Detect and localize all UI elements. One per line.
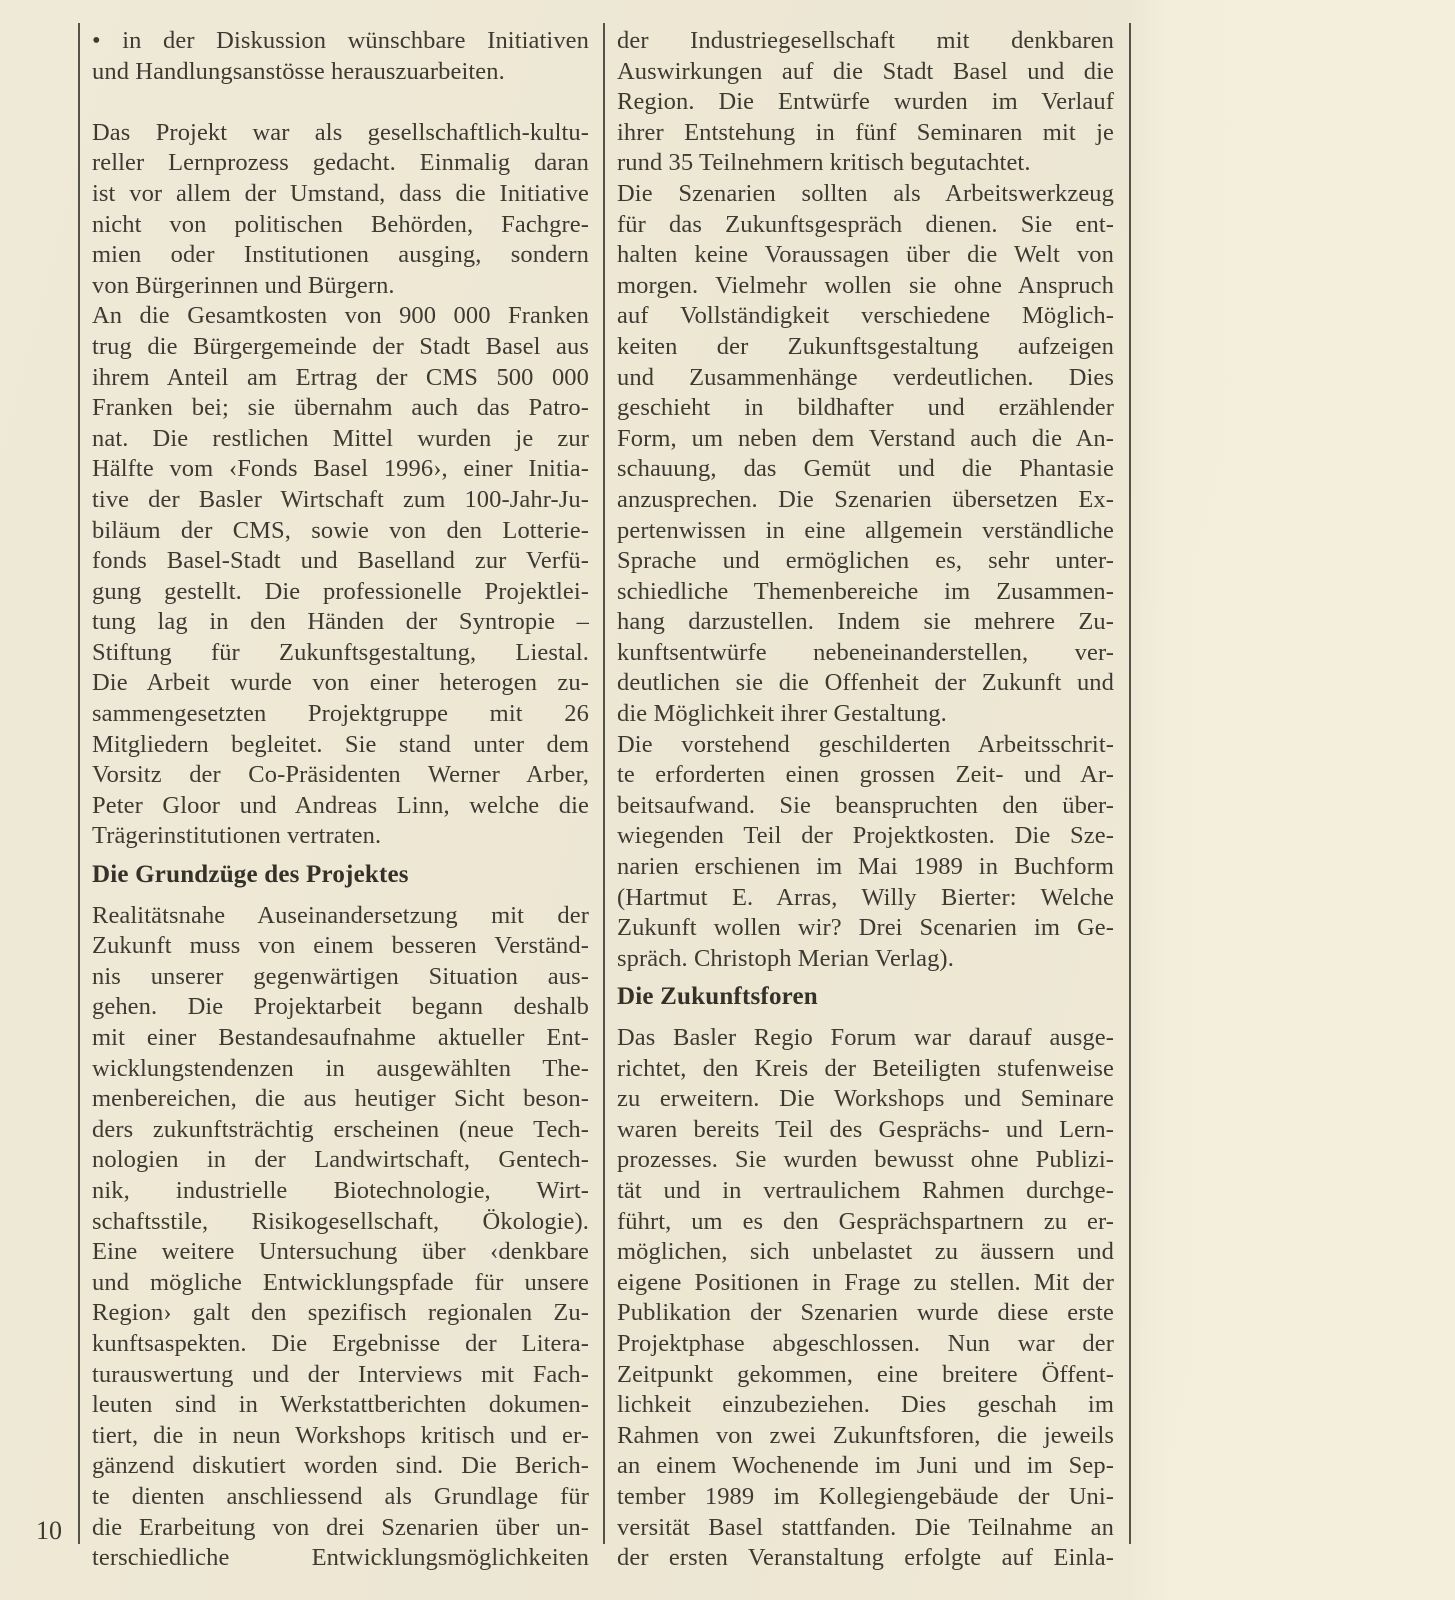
text-line: kunftsaspekten. Die Ergebnisse der Liter… <box>92 1329 589 1360</box>
text-line: gänzend diskutiert worden sind. Die Beri… <box>92 1451 589 1482</box>
text-line: Eine weitere Untersuchung über ‹denkbare <box>92 1237 589 1268</box>
text-line: morgen. Vielmehr wollen sie ohne Anspruc… <box>617 271 1114 302</box>
text-line: tiert, die in neun Workshops kritisch un… <box>92 1421 589 1452</box>
right-column: der Industriegesellschaft mit denkbarenA… <box>617 26 1114 1574</box>
text-line: An die Gesamtkosten von 900 000 Franken <box>92 301 589 332</box>
text-line: biläum der CMS, sowie von den Lotterie- <box>92 516 589 547</box>
paragraph: Die vorstehend geschilderten Arbeitsschr… <box>617 730 1114 975</box>
page-container: • in der Diskussion wünschbare Initiativ… <box>0 0 1455 1600</box>
section-heading: Die Grundzüge des Projektes <box>92 860 589 891</box>
text-line: spräch. Christoph Merian Verlag). <box>617 944 1114 975</box>
left-column: • in der Diskussion wünschbare Initiativ… <box>92 26 589 1574</box>
text-line: narien erschienen im Mai 1989 in Buchfor… <box>617 852 1114 883</box>
text-line: ist vor allem der Umstand, dass die Init… <box>92 179 589 210</box>
text-line: schauung, das Gemüt und die Phantasie <box>617 454 1114 485</box>
text-line: nis unserer gegenwärtigen Situation aus- <box>92 962 589 993</box>
text-line: versität Basel stattfanden. Die Teilnahm… <box>617 1513 1114 1544</box>
text-line: tät und in vertraulichem Rahmen durchge- <box>617 1176 1114 1207</box>
text-line: von Bürgerinnen und Bürgern. <box>92 271 589 302</box>
text-line: hang darzustellen. Indem sie mehrere Zu- <box>617 607 1114 638</box>
text-line: menbereichen, die aus heutiger Sicht bes… <box>92 1084 589 1115</box>
paragraph: Die Szenarien sollten als Arbeitswerkzeu… <box>617 179 1114 730</box>
text-line: (Hartmut E. Arras, Willy Bierter: Welche <box>617 883 1114 914</box>
paragraph: Realitätsnahe Auseinandersetzung mit der… <box>92 901 589 1574</box>
text-line: Sprache und ermöglichen es, sehr unter- <box>617 546 1114 577</box>
text-line: die Erarbeitung von drei Szenarien über … <box>92 1513 589 1544</box>
text-line: mien oder Institutionen ausging, sondern <box>92 240 589 271</box>
text-line: wicklungstendenzen in ausgewählten The- <box>92 1054 589 1085</box>
text-line: Vorsitz der Co-Präsidenten Werner Arber, <box>92 760 589 791</box>
text-line: eigene Positionen in Frage zu stellen. M… <box>617 1268 1114 1299</box>
text-line: nicht von politischen Behörden, Fachgre- <box>92 210 589 241</box>
text-line: Zukunft muss von einem besseren Verständ… <box>92 931 589 962</box>
text-line: Projektphase abgeschlossen. Nun war der <box>617 1329 1114 1360</box>
column-rule-right <box>1129 23 1131 1544</box>
page-number: 10 <box>36 1516 62 1546</box>
text-line: tember 1989 im Kollegiengebäude der Uni- <box>617 1482 1114 1513</box>
text-line: Publikation der Szenarien wurde diese er… <box>617 1298 1114 1329</box>
text-line: gehen. Die Projektarbeit begann deshalb <box>92 992 589 1023</box>
text-line: te dienten anschliessend als Grundlage f… <box>92 1482 589 1513</box>
text-line: ders zukunftsträchtig erscheinen (neue T… <box>92 1115 589 1146</box>
text-line: schiedliche Themenbereiche im Zusammen- <box>617 577 1114 608</box>
text-line: und Zusammenhänge verdeutlichen. Dies <box>617 363 1114 394</box>
text-line: auf Vollständigkeit verschiedene Möglich… <box>617 301 1114 332</box>
text-line: terschiedliche Entwicklungsmöglichkeiten <box>92 1543 589 1574</box>
text-line: nologien in der Landwirtschaft, Gentech- <box>92 1145 589 1176</box>
text-line: an einem Wochenende im Juni und im Sep- <box>617 1451 1114 1482</box>
text-line: der ersten Veranstaltung erfolgte auf Ei… <box>617 1543 1114 1574</box>
text-line: und mögliche Entwicklungspfade für unser… <box>92 1268 589 1299</box>
text-line: beitsaufwand. Sie beanspruchten den über… <box>617 791 1114 822</box>
text-line: Form, um neben dem Verstand auch die An- <box>617 424 1114 455</box>
paragraph: • in der Diskussion wünschbare Initiativ… <box>92 26 589 87</box>
text-line: fonds Basel-Stadt und Baselland zur Verf… <box>92 546 589 577</box>
text-line: keiten der Zukunftsgestaltung aufzeigen <box>617 332 1114 363</box>
text-line: anzusprechen. Die Szenarien übersetzen E… <box>617 485 1114 516</box>
text-line: Das Projekt war als gesellschaftlich-kul… <box>92 118 589 149</box>
text-line: nat. Die restlichen Mittel wurden je zur <box>92 424 589 455</box>
text-line: Die Arbeit wurde von einer heterogen zu- <box>92 668 589 699</box>
text-line: Trägerinstitutionen vertraten. <box>92 821 589 852</box>
text-line: halten keine Voraussagen über die Welt v… <box>617 240 1114 271</box>
text-line: Hälfte vom ‹Fonds Basel 1996›, einer Ini… <box>92 454 589 485</box>
text-line: Zukunft wollen wir? Drei Scenarien im Ge… <box>617 913 1114 944</box>
text-line: te erforderten einen grossen Zeit- und A… <box>617 760 1114 791</box>
text-line: Stiftung für Zukunftsgestaltung, Liestal… <box>92 638 589 669</box>
section-heading: Die Zukunftsforen <box>617 982 1114 1013</box>
text-line: kunftsentwürfe nebeneinanderstellen, ver… <box>617 638 1114 669</box>
text-line: waren bereits Teil des Gesprächs- und Le… <box>617 1115 1114 1146</box>
text-line: der Industriegesellschaft mit denkbaren <box>617 26 1114 57</box>
text-line: wiegenden Teil der Projektkosten. Die Sz… <box>617 821 1114 852</box>
text-line: möglichen, sich unbelastet zu äussern un… <box>617 1237 1114 1268</box>
text-line: Die Szenarien sollten als Arbeitswerkzeu… <box>617 179 1114 210</box>
text-line: für das Zukunftsgespräch dienen. Sie ent… <box>617 210 1114 241</box>
text-line: Das Basler Regio Forum war darauf ausge- <box>617 1023 1114 1054</box>
text-line: reller Lernprozess gedacht. Einmalig dar… <box>92 148 589 179</box>
text-line: pertenwissen in eine allgemein verständl… <box>617 516 1114 547</box>
paragraph: An die Gesamtkosten von 900 000 Frankent… <box>92 301 589 852</box>
text-line: Region› galt den spezifisch regionalen Z… <box>92 1298 589 1329</box>
text-line: sammengesetzten Projektgruppe mit 26 <box>92 699 589 730</box>
text-line: führt, um es den Gesprächspartnern zu er… <box>617 1207 1114 1238</box>
column-rule-left <box>78 23 80 1544</box>
text-line: schaftsstile, Risikogesellschaft, Ökolog… <box>92 1207 589 1238</box>
page-right-margin <box>1131 0 1455 1600</box>
text-line: geschieht in bildhafter und erzählender <box>617 393 1114 424</box>
text-line: Die vorstehend geschilderten Arbeitsschr… <box>617 730 1114 761</box>
paragraph: Das Basler Regio Forum war darauf ausge-… <box>617 1023 1114 1574</box>
text-line: nik, industrielle Biotechnologie, Wirt- <box>92 1176 589 1207</box>
text-line: Mitgliedern begleitet. Sie stand unter d… <box>92 730 589 761</box>
text-line: lichkeit einzubeziehen. Dies geschah im <box>617 1390 1114 1421</box>
text-line: Auswirkungen auf die Stadt Basel und die <box>617 57 1114 88</box>
paragraph-gap <box>92 87 589 118</box>
text-line: turauswertung und der Interviews mit Fac… <box>92 1360 589 1391</box>
text-line: die Möglichkeit ihrer Gestaltung. <box>617 699 1114 730</box>
text-line: richtet, den Kreis der Beteiligten stufe… <box>617 1054 1114 1085</box>
text-line: Franken bei; sie übernahm auch das Patro… <box>92 393 589 424</box>
text-line: ihrem Anteil am Ertrag der CMS 500 000 <box>92 363 589 394</box>
text-line: gung gestellt. Die professionelle Projek… <box>92 577 589 608</box>
scanned-page: { "page": { "number": "10", "language": … <box>0 0 1455 1600</box>
text-line: prozesses. Sie wurden bewusst ohne Publi… <box>617 1145 1114 1176</box>
text-line: Region. Die Entwürfe wurden im Verlauf <box>617 87 1114 118</box>
paragraph: der Industriegesellschaft mit denkbarenA… <box>617 26 1114 179</box>
text-line: trug die Bürgergemeinde der Stadt Basel … <box>92 332 589 363</box>
text-line: Zeitpunkt gekommen, eine breitere Öffent… <box>617 1360 1114 1391</box>
text-line: mit einer Bestandesaufnahme aktueller En… <box>92 1023 589 1054</box>
text-line: rund 35 Teilnehmern kritisch begutachtet… <box>617 148 1114 179</box>
text-line: deutlichen sie die Offenheit der Zukunft… <box>617 668 1114 699</box>
text-line: tive der Basler Wirtschaft zum 100-Jahr-… <box>92 485 589 516</box>
text-line: ihrer Entstehung in fünf Seminaren mit j… <box>617 118 1114 149</box>
text-line: Realitätsnahe Auseinandersetzung mit der <box>92 901 589 932</box>
text-line: Peter Gloor und Andreas Linn, welche die <box>92 791 589 822</box>
text-line: Rahmen von zwei Zukunftsforen, die jewei… <box>617 1421 1114 1452</box>
text-line: und Handlungsanstösse herauszuarbeiten. <box>92 57 589 88</box>
text-line: zu erweitern. Die Workshops und Seminare <box>617 1084 1114 1115</box>
text-line: • in der Diskussion wünschbare Initiativ… <box>92 26 589 57</box>
paragraph: Das Projekt war als gesellschaftlich-kul… <box>92 118 589 302</box>
text-line: leuten sind in Werkstattberichten dokume… <box>92 1390 589 1421</box>
column-rule-middle <box>603 23 605 1544</box>
text-line: tung lag in den Händen der Syntropie – <box>92 607 589 638</box>
